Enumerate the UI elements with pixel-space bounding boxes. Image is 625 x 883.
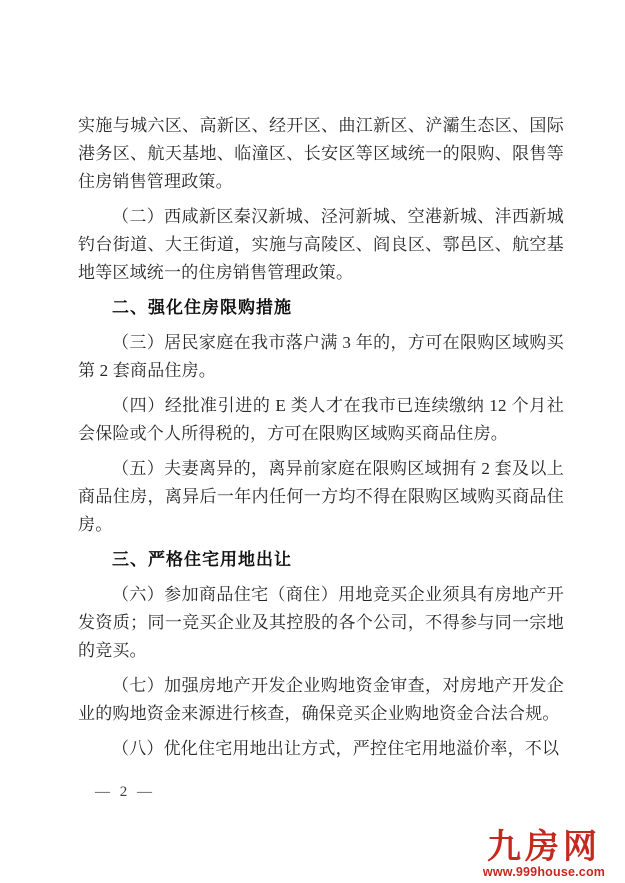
paragraph-item-3: （三）居民家庭在我市落户满 3 年的，方可在限购区域购买第 2 套商品住房。 xyxy=(78,329,564,385)
paragraph-item-2: （二）西咸新区秦汉新城、泾河新城、空港新城、沣西新城钓台街道、大王街道，实施与高… xyxy=(78,203,564,287)
watermark: 九房网 www.999house.com xyxy=(469,830,619,879)
paragraph-item-6: （六）参加商品住宅（商住）用地竞买企业须具有房地产开发资质；同一竞买企业及其控股… xyxy=(78,581,564,665)
page-number: — 2 — xyxy=(95,784,155,801)
paragraph-item-4: （四）经批准引进的 E 类人才在我市已连续缴纳 12 个月社会保险或个人所得税的… xyxy=(78,392,564,448)
paragraph-item-8: （八）优化住宅用地出让方式，严控住宅用地溢价率，不以 xyxy=(78,735,564,763)
section-heading-2: 二、强化住房限购措施 xyxy=(78,294,564,322)
watermark-site-url: www.999house.com xyxy=(469,866,619,879)
paragraph-continuation: 实施与城六区、高新区、经开区、曲江新区、浐灞生态区、国际港务区、航天基地、临潼区… xyxy=(78,112,564,196)
jiufangwang-logo: 九房网 xyxy=(469,830,619,864)
document-page: 实施与城六区、高新区、经开区、曲江新区、浐灞生态区、国际港务区、航天基地、临潼区… xyxy=(0,0,625,883)
document-body: 实施与城六区、高新区、经开区、曲江新区、浐灞生态区、国际港务区、航天基地、临潼区… xyxy=(78,112,564,770)
paragraph-item-7: （七）加强房地产开发企业购地资金审查，对房地产开发企业的购地资金来源进行核查，确… xyxy=(78,672,564,728)
paragraph-item-5: （五）夫妻离异的，离异前家庭在限购区域拥有 2 套及以上商品住房，离异后一年内任… xyxy=(78,455,564,539)
section-heading-3: 三、严格住宅用地出让 xyxy=(78,546,564,574)
